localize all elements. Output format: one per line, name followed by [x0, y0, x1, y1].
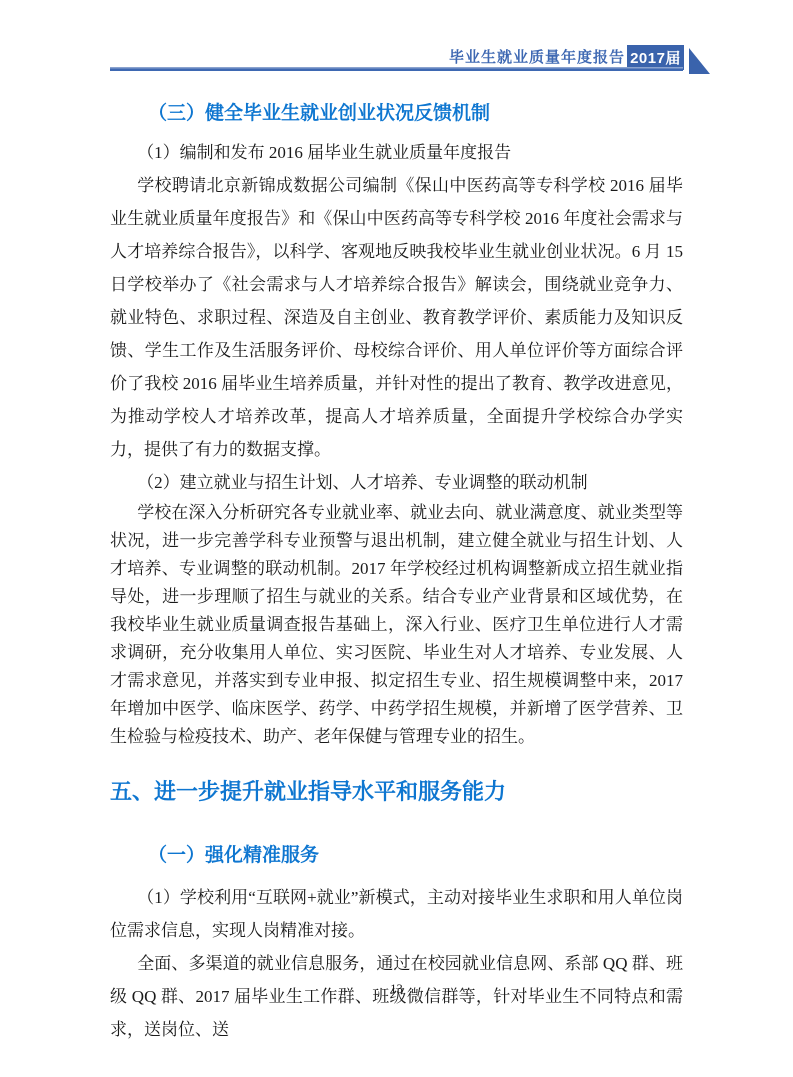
section-5-heading: 五、进一步提升就业指导水平和服务能力: [110, 777, 683, 807]
header-report-title: 毕业生就业质量年度报告: [449, 46, 625, 67]
page-body: （三）健全毕业生就业创业状况反馈机制 （1）编制和发布 2016 届毕业生就业质…: [110, 97, 683, 1046]
paragraph-1: 学校聘请北京新锦成数据公司编制《保山中医药高等专科学校 2016 届毕业生就业质…: [110, 169, 683, 466]
paragraph-3: （1）学校利用“互联网+就业”新模式，主动对接毕业生求职和用人单位岗位需求信息，…: [110, 881, 683, 947]
header-triangle-decoration: [689, 48, 710, 74]
subsection-1-heading: （一）强化精准服务: [148, 843, 683, 869]
header-rule-line: [110, 67, 683, 71]
item-1-title: （1）编制和发布 2016 届毕业生就业质量年度报告: [110, 136, 683, 169]
item-2-title: （2）建立就业与招生计划、人才培养、专业调整的联动机制: [110, 466, 683, 499]
page-number: 13: [110, 982, 683, 997]
paragraph-2: 学校在深入分析研究各专业就业率、就业去向、就业满意度、就业类型等状况，进一步完善…: [110, 499, 683, 751]
report-page: { "colors": { "header_accent": "#3A63AC"…: [0, 0, 793, 1077]
section-3-heading: （三）健全毕业生就业创业状况反馈机制: [148, 101, 683, 127]
